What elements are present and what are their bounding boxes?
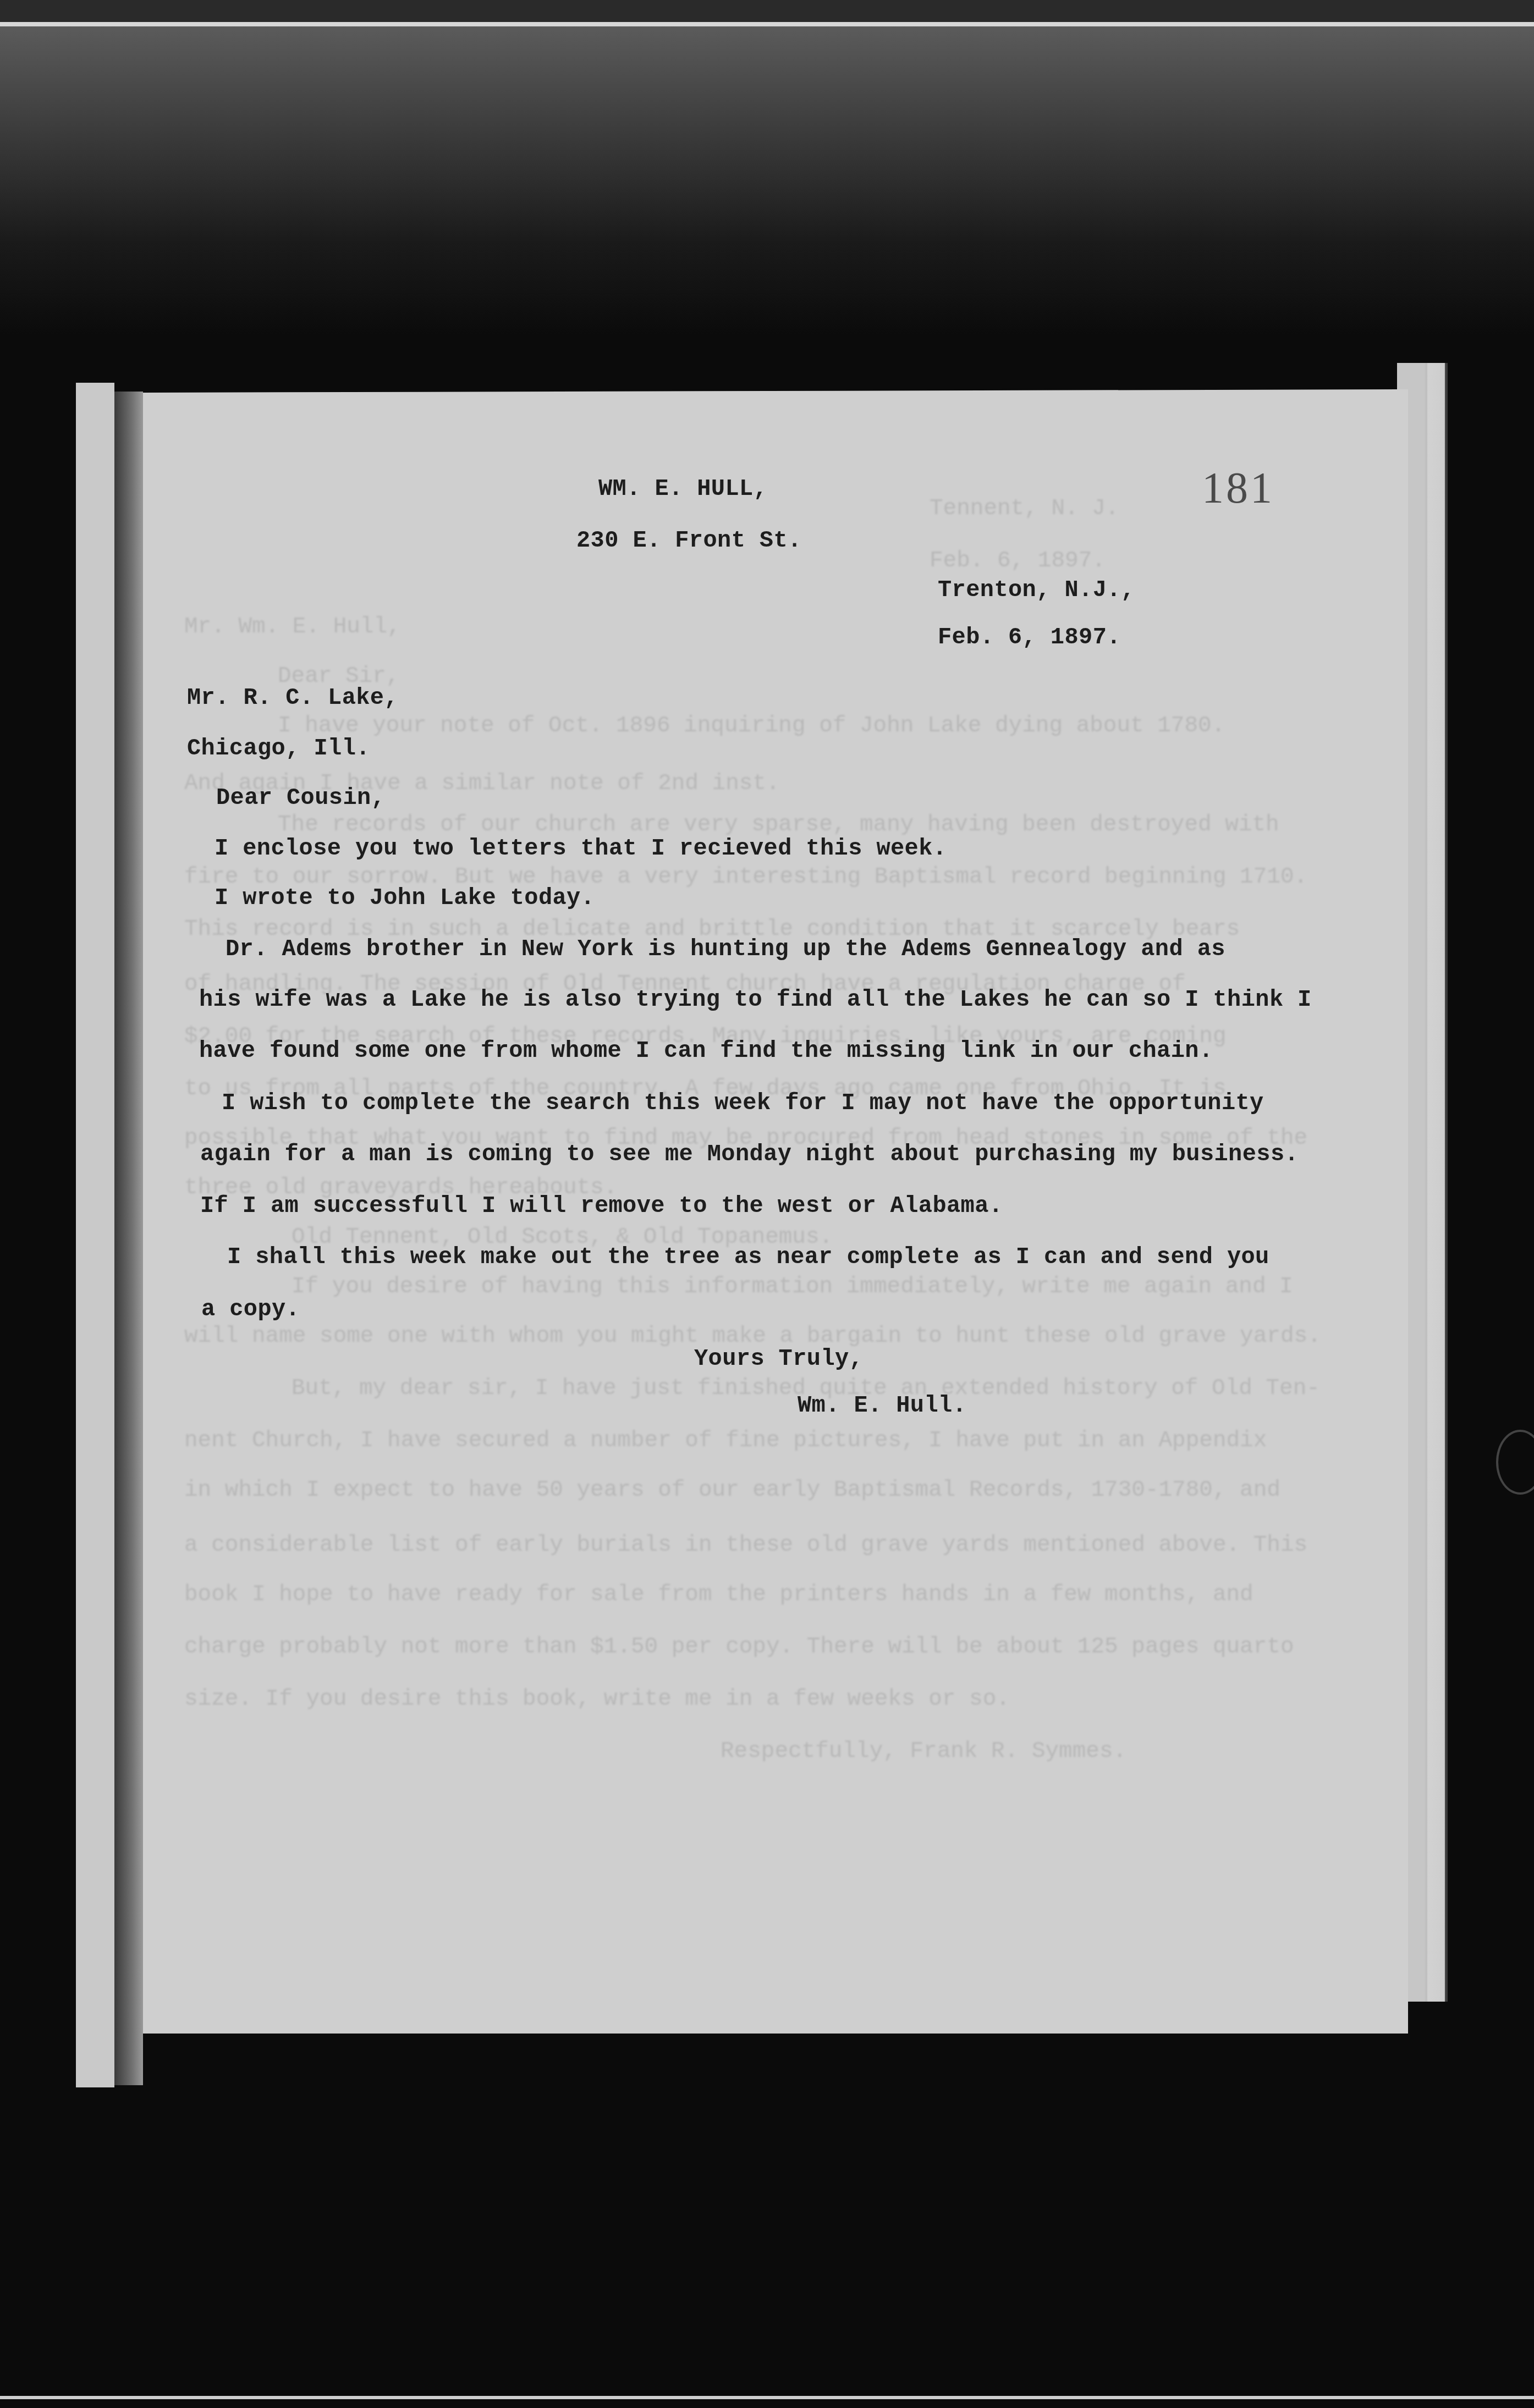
sender-city: Trenton, N.J., <box>938 578 1135 602</box>
recipient-city: Chicago, Ill. <box>187 737 370 760</box>
film-strip-edge-line <box>0 22 1534 26</box>
ghost-line: a considerable list of early burials in … <box>184 1534 1307 1557</box>
body-line: have found some one from whome I can fin… <box>199 1039 1213 1062</box>
body-line: Dr. Adems brother in New York is hunting… <box>226 938 1225 961</box>
page-number: 181 <box>1202 466 1274 510</box>
ghost-line: Feb. 6, 1897. <box>930 550 1106 572</box>
film-strip-top-band <box>0 0 1534 22</box>
signature: Wm. E. Hull. <box>798 1394 966 1417</box>
film-strip-bottom-edge <box>0 2396 1534 2399</box>
letter-date: Feb. 6, 1897. <box>938 626 1121 649</box>
body-line: a copy. <box>201 1298 300 1321</box>
body-line: I shall this week make out the tree as n… <box>227 1246 1269 1269</box>
film-background <box>0 26 1534 334</box>
ghost-line: Respectfully, Frank R. Symmes. <box>721 1740 1126 1763</box>
ghost-line: I have your note of Oct. 1896 inquiring … <box>278 715 1225 737</box>
book-gutter-shadow <box>114 392 143 2085</box>
ghost-line: Mr. Wm. E. Hull, <box>184 616 401 638</box>
ghost-line: will name some one with whom you might m… <box>184 1325 1321 1348</box>
recipient-name: Mr. R. C. Lake, <box>187 686 398 709</box>
film-ring-mark <box>1496 1430 1534 1495</box>
sender-name: WM. E. HULL, <box>598 477 767 500</box>
ghost-line: in which I expect to have 50 years of ou… <box>184 1479 1280 1502</box>
body-line: I enclose you two letters that I recieve… <box>215 837 947 860</box>
body-line: I wish to complete the search this week … <box>222 1092 1264 1115</box>
ghost-line: charge probably not more than $1.50 per … <box>184 1636 1294 1658</box>
ghost-line: If you desire of having this information… <box>292 1276 1293 1298</box>
body-line: I wrote to John Lake today. <box>215 886 595 910</box>
page-stack-border <box>1445 363 1448 2002</box>
ghost-line: size. If you desire this book, write me … <box>184 1688 1010 1711</box>
closing: Yours Truly, <box>694 1347 863 1370</box>
ghost-line: book I hope to have ready for sale from … <box>184 1584 1253 1606</box>
salutation: Dear Cousin, <box>216 786 385 809</box>
body-line: If I am successfull I will remove to the… <box>200 1194 1003 1217</box>
ghost-line: nent Church, I have secured a number of … <box>184 1430 1267 1452</box>
ghost-line: Tennent, N. J. <box>930 498 1119 520</box>
sender-street: 230 E. Front St. <box>576 529 802 552</box>
body-line: again for a man is coming to see me Mond… <box>200 1143 1299 1166</box>
ghost-line: The records of our church are very spars… <box>278 814 1279 836</box>
left-page-edge <box>76 383 114 2087</box>
body-line: his wife was a Lake he is also trying to… <box>199 988 1312 1011</box>
